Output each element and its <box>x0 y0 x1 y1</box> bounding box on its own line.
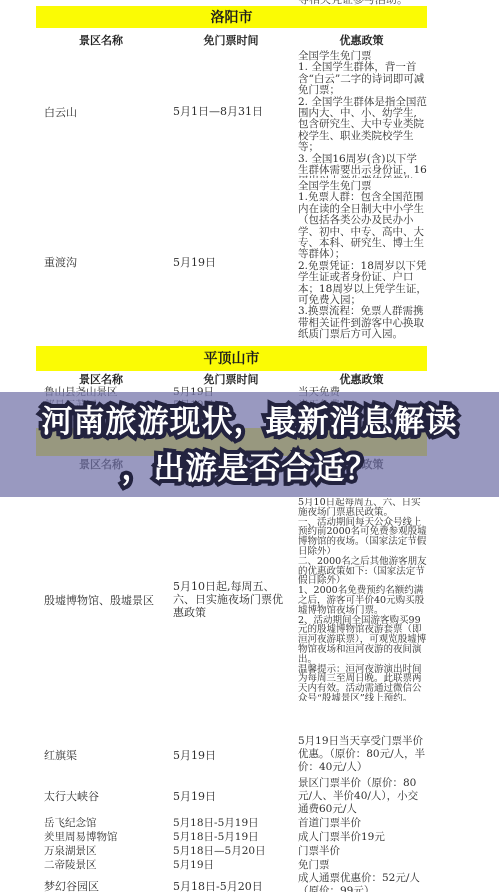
scenic-name-cell: 二帝陵景区 <box>36 858 166 872</box>
table-row: 红旗渠 5月19日 5月19日当天享受门票半价优惠。（原价：80元/人，半价：4… <box>36 734 427 776</box>
table-row: 重渡沟 5月19日 全国学生免门票 1.免票人群：包含全国范围内在读的全日制大中… <box>36 178 427 346</box>
scenic-name-cell: 殷墟博物馆、殷墟景区 <box>36 498 166 701</box>
overlay-title-line2-text: ，出游是否合适？ <box>122 451 378 486</box>
policy-cell: 全国学生免门票 1.免票人群：包含全国范围内在读的全日制大中小学生（包括各类公办… <box>296 178 427 346</box>
policy-cell: 5月10日起每周五、六、日实施夜场门票惠民政策。 一、活动期间每天公众号线上预约… <box>296 498 427 701</box>
table-header-row: 景区名称 免门票时间 优惠政策 <box>36 371 427 386</box>
table-row: 岳飞纪念馆 5月18日-5月19日 首道门票半价 <box>36 816 427 830</box>
table-row: 梦幻谷园区 5月18日-5月20日 成人通票优惠价：52元/人（原价：99元） <box>36 872 427 892</box>
table-row: 万泉湖景区 5月18日—5月20日 门票半价 <box>36 844 427 858</box>
table-header-row: 景区名称 免门票时间 优惠政策 <box>36 28 427 45</box>
policy-cell: 全国学生免门票 1. 全国学生群体，背一首含“白云”二字的诗词即可减免门票； 2… <box>296 45 427 178</box>
table-row: 羑里周易博物馆 5月18日-5月19日 成人门票半价19元 <box>36 830 427 844</box>
city-header-pingdingshan: 平顶山市 <box>36 346 427 371</box>
article-image: { "top_fragment": "等相关凭证参与活动。", "table_h… <box>0 0 499 892</box>
overlay-title-line1-text: 河南旅游现状，最新消息解读 <box>42 404 458 439</box>
scenic-name-cell: 万泉湖景区 <box>36 844 166 858</box>
city-header-luoyang: 洛阳市 <box>36 6 427 28</box>
free-time-cell: 5月19日 <box>166 734 296 776</box>
table-row: 太行大峡谷 5月19日 景区门票半价（原价：80元/人、半价40/人），小交通费… <box>36 776 427 816</box>
policy-cell: 景区门票半价（原价：80元/人、半价40/人），小交通费60元/人 <box>296 776 427 816</box>
free-time-cell: 5月10日起,每周五、六、日实施夜场门票优惠政策 <box>166 498 296 701</box>
free-time-cell: 5月19日 <box>166 178 296 346</box>
free-time-cell: 5月19日 <box>166 858 296 872</box>
scenic-name-cell: 红旗渠 <box>36 734 166 776</box>
header-free-time: 免门票时间 <box>166 371 296 387</box>
policy-cell: 5月19日当天享受门票半价优惠。（原价：80元/人，半价：40元/人） <box>296 734 427 776</box>
free-time-cell: 5月18日-5月19日 <box>166 816 296 830</box>
scenic-name-cell: 岳飞纪念馆 <box>36 816 166 830</box>
clipped-text-fragment: 等相关凭证参与活动。 <box>298 0 408 6</box>
header-policy: 优惠政策 <box>296 371 427 387</box>
policy-cell: 免门票 <box>296 858 427 872</box>
free-time-cell: 5月1日—8月31日 <box>166 45 296 178</box>
overlay-title-line2: ，出游是否合适？ ，出游是否合适？ <box>0 445 499 492</box>
policy-cell: 成人通票优惠价：52元/人（原价：99元） <box>296 872 427 892</box>
policy-cell: 门票半价 <box>296 844 427 858</box>
scenic-name-cell: 重渡沟 <box>36 178 166 346</box>
title-overlay: 河南旅游现状，最新消息解读 河南旅游现状，最新消息解读 ，出游是否合适？ ，出游… <box>0 392 499 497</box>
free-time-cell: 5月18日-5月19日 <box>166 830 296 844</box>
scenic-name-cell: 白云山 <box>36 45 166 178</box>
free-time-cell: 5月18日-5月20日 <box>166 872 296 892</box>
table-row: 二帝陵景区 5月19日 免门票 <box>36 858 427 872</box>
free-time-cell: 5月18日—5月20日 <box>166 844 296 858</box>
policy-cell: 首道门票半价 <box>296 816 427 830</box>
scenic-name-cell: 梦幻谷园区 <box>36 872 166 892</box>
top-clipped-row: 等相关凭证参与活动。 <box>36 0 427 6</box>
table-row: 白云山 5月1日—8月31日 全国学生免门票 1. 全国学生群体，背一首含“白云… <box>36 45 427 178</box>
header-scenic-name: 景区名称 <box>36 371 166 387</box>
overlay-title-line1: 河南旅游现状，最新消息解读 河南旅游现状，最新消息解读 <box>0 398 499 445</box>
scenic-name-cell: 太行大峡谷 <box>36 776 166 816</box>
table-row: 殷墟博物馆、殷墟景区 5月10日起,每周五、六、日实施夜场门票优惠政策 5月10… <box>36 498 427 701</box>
scenic-name-cell: 羑里周易博物馆 <box>36 830 166 844</box>
policy-cell: 成人门票半价19元 <box>296 830 427 844</box>
free-time-cell: 5月19日 <box>166 776 296 816</box>
